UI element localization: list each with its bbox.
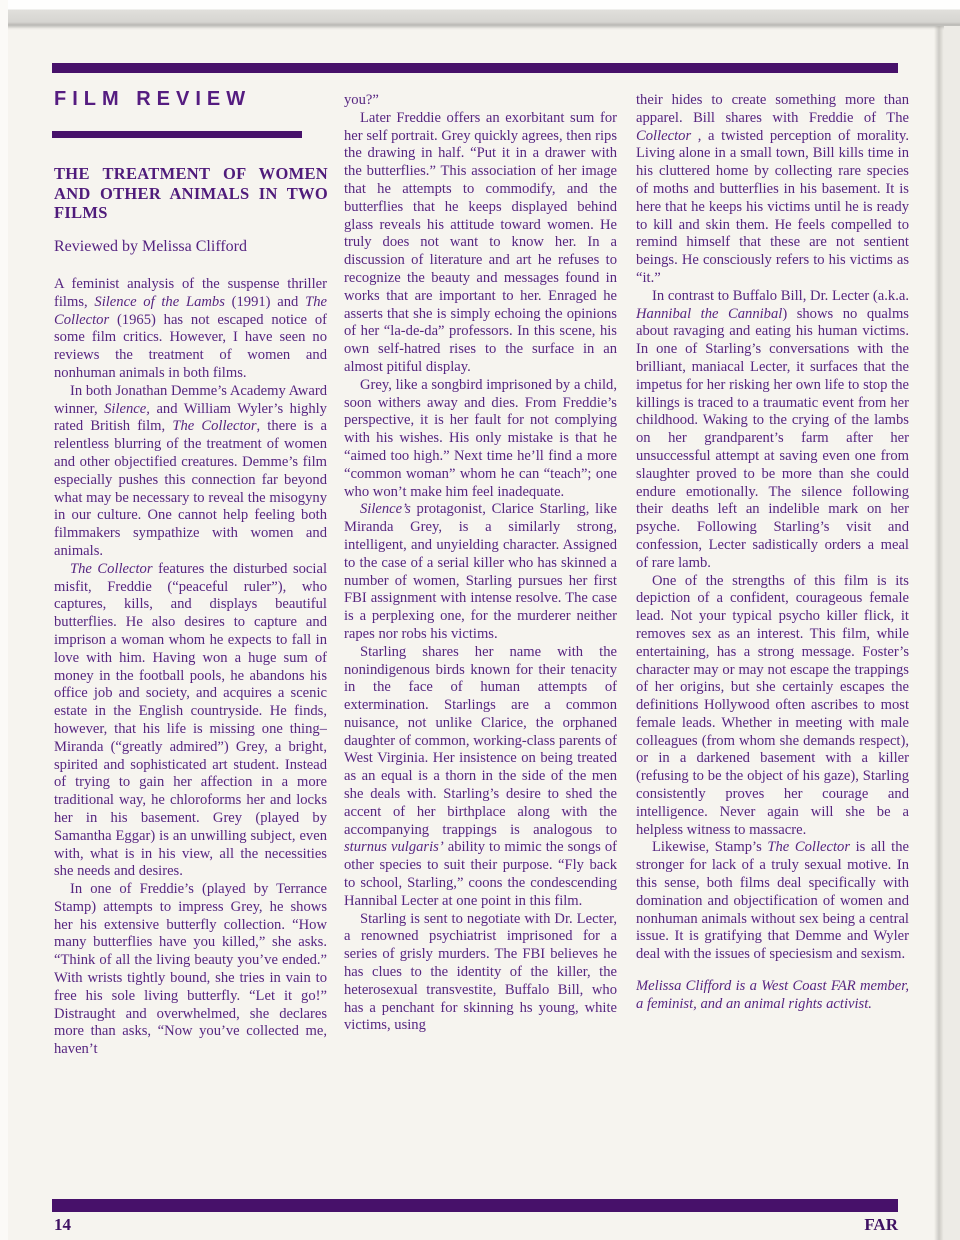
scanned-magazine-page: FILM REVIEW THE TREATMENT OF WOMEN AND O… <box>0 0 960 1240</box>
paragraph: their hides to create something more tha… <box>636 92 909 288</box>
article-column-1: A feminist analysis of the suspense thri… <box>54 276 327 1192</box>
page-number: 14 <box>54 1215 71 1235</box>
paragraph: In both Jonathan Demme’s Academy Award w… <box>54 383 327 561</box>
paragraph: Later Freddie offers an exorbitant sum f… <box>344 110 617 377</box>
paragraph: The Collector features the disturbed soc… <box>54 561 327 881</box>
scan-right-shadow <box>934 26 944 1240</box>
paragraph: Starling is sent to negotiate with Dr. L… <box>344 911 617 1036</box>
paragraph: Melissa Clifford is a West Coast FAR mem… <box>636 978 909 1014</box>
scan-right-outer-edge <box>944 26 960 1240</box>
paragraph: In one of Freddie’s (played by Terrance … <box>54 881 327 1059</box>
section-masthead: FILM REVIEW <box>54 88 251 111</box>
paragraph: Silence’s protagonist, Clarice Starling,… <box>344 501 617 643</box>
paragraph: Grey, like a songbird imprisoned by a ch… <box>344 377 617 502</box>
paragraph: In contrast to Buffalo Bill, Dr. Lecter … <box>636 288 909 573</box>
footer-rule-bar <box>52 1199 898 1212</box>
paragraph: Likewise, Stamp’s The Collector is all t… <box>636 839 909 964</box>
top-rule-bar <box>52 63 898 73</box>
paragraph: A feminist analysis of the suspense thri… <box>54 276 327 383</box>
publication-name: FAR <box>864 1215 898 1235</box>
scan-left-edge <box>0 0 8 1240</box>
article-column-2: you?”Later Freddie offers an exorbitant … <box>344 92 617 1196</box>
article-headline: THE TREATMENT OF WOMEN AND OTHER ANIMALS… <box>54 164 328 223</box>
masthead-rule <box>52 131 302 138</box>
article-byline: Reviewed by Melissa Clifford <box>54 238 247 256</box>
paragraph: you?” <box>344 92 617 110</box>
scan-top-edge <box>0 0 960 30</box>
paragraph: One of the strengths of this film is its… <box>636 573 909 840</box>
paragraph: Starling shares her name with the nonind… <box>344 644 617 911</box>
article-column-3: their hides to create something more tha… <box>636 92 909 1196</box>
